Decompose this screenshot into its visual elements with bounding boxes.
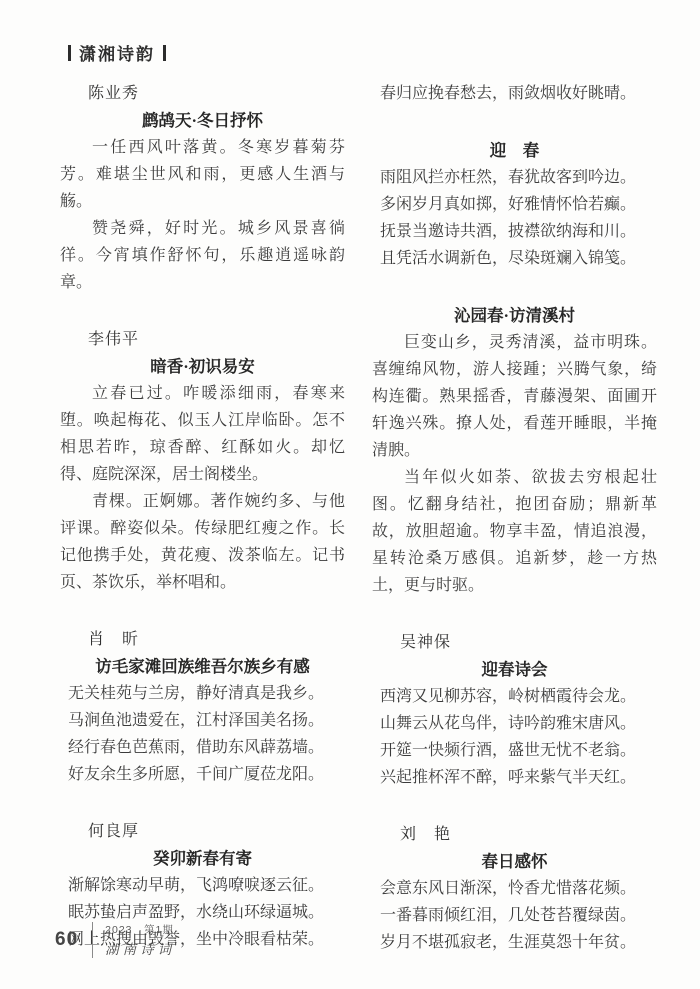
poem-line: 一番暮雨倾红泪，几处苍苔覆绿茵。	[380, 902, 657, 929]
poem-line: 好友余生多所愿，千间广厦莅龙阳。	[68, 761, 345, 788]
poem-line: 会意东风日渐深，怜香尤惜落花频。	[380, 875, 657, 902]
poem-line: 经行春色芭蕉雨，借助东风薜荔墙。	[68, 734, 345, 761]
poem-line: 春归应挽春愁去，雨敛烟收好眺晴。	[380, 80, 657, 107]
poem-stanza: 巨变山乡，灵秀清溪，益市明珠。喜缠绵风物，游人接踵；兴腾气象，绮构连衢。熟果摇香…	[372, 329, 657, 464]
poem-title: 沁园春·访清溪村	[372, 302, 657, 329]
text-columns: 陈业秀鹧鸪天·冬日抒怀一任西风叶落黄。冬寒岁暮菊芬芳。难堪尘世风和雨，更感人生酒…	[60, 80, 657, 956]
journal-page: 潇湘诗韵 陈业秀鹧鸪天·冬日抒怀一任西风叶落黄。冬寒岁暮菊芬芳。难堪尘世风和雨，…	[0, 0, 700, 989]
poem-stanza: 青棵。正婀娜。著作婉约多、与他评课。醉姿似朵。传绿肥红瘦之作。长记他携手处，黄花…	[60, 488, 345, 596]
issue-info: 2023 第1期	[105, 922, 175, 937]
footer-divider	[92, 922, 93, 958]
page-footer: 60 2023 第1期 湖南诗词	[55, 922, 175, 958]
right-column: 春归应挽春愁去，雨敛烟收好眺晴。迎 春雨阻风拦亦枉然，春犹故客到吟边。多闲岁月真…	[372, 80, 657, 956]
poem-title: 迎 春	[372, 137, 657, 164]
poem-line: 多闲岁月真如掷，好雅情怀恰若癫。	[380, 191, 657, 218]
poet-name: 肖 昕	[88, 626, 345, 653]
poem-line: 马涧鱼池遗爱在，江村泽国美名扬。	[68, 707, 345, 734]
section-title: 潇湘诗韵	[79, 40, 155, 65]
poem-line: 开筵一快频行酒，盛世无忧不老翁。	[380, 737, 657, 764]
poet-name: 何良厚	[88, 818, 345, 845]
poem-stanza: 一任西风叶落黄。冬寒岁暮菊芬芳。难堪尘世风和雨，更感人生酒与觞。	[60, 134, 345, 215]
poem-title: 暗香·初识易安	[60, 353, 345, 380]
poem-line: 渐解馀寒动早萌，飞鸿嘹唳逐云征。	[68, 872, 345, 899]
journal-name: 湖南诗词	[105, 938, 175, 958]
section-header: 潇湘诗韵	[60, 40, 174, 65]
poet-name: 吴神保	[400, 629, 657, 656]
poem-line: 兴起推杯浑不醉，呼来紫气半天红。	[380, 764, 657, 791]
poet-name: 陈业秀	[88, 80, 345, 107]
issue-block: 2023 第1期 湖南诗词	[105, 922, 175, 958]
poem-line: 且凭活水调新色，尽染斑斓入锦笺。	[380, 245, 657, 272]
poem-title: 鹧鸪天·冬日抒怀	[60, 107, 345, 134]
page-number: 60	[55, 929, 78, 951]
poem-stanza: 当年似火如荼、欲拔去穷根起壮图。忆翻身结社，抱团奋励；鼎新革故，放胆超逾。物享丰…	[372, 464, 657, 599]
poem-title: 癸卯新春有寄	[60, 845, 345, 872]
poem-line: 抚景当邀诗共酒，披襟欲纳海和川。	[380, 218, 657, 245]
poem-title: 迎春诗会	[372, 656, 657, 683]
poem-title: 访毛家滩回族维吾尔族乡有感	[60, 653, 345, 680]
poem-stanza: 立春已过。咋暖添细雨，春寒来堕。唤起梅花、似玉人江岸临卧。怎不相思若昨，琼香醉、…	[60, 380, 345, 488]
header-bar-right-icon	[163, 45, 166, 61]
poem-title: 春日感怀	[372, 848, 657, 875]
poet-name: 李伟平	[88, 326, 345, 353]
poem-line: 雨阻风拦亦枉然，春犹故客到吟边。	[380, 164, 657, 191]
poet-name: 刘 艳	[400, 821, 657, 848]
header-bar-left-icon	[68, 45, 71, 61]
left-column: 陈业秀鹧鸪天·冬日抒怀一任西风叶落黄。冬寒岁暮菊芬芳。难堪尘世风和雨，更感人生酒…	[60, 80, 345, 956]
poem-line: 无关桂苑与兰房，静好清真是我乡。	[68, 680, 345, 707]
poem-line: 岁月不堪孤寂老，生涯莫怨十年贫。	[380, 929, 657, 956]
poem-stanza: 赞尧舜，好时光。城乡风景喜徜徉。今宵填作舒怀句，乐趣逍遥咏韵章。	[60, 215, 345, 296]
poem-line: 西湾又见柳苏容，岭树栖霞待会龙。	[380, 683, 657, 710]
poem-line: 山舞云从花鸟伴，诗吟韵雅宋唐风。	[380, 710, 657, 737]
